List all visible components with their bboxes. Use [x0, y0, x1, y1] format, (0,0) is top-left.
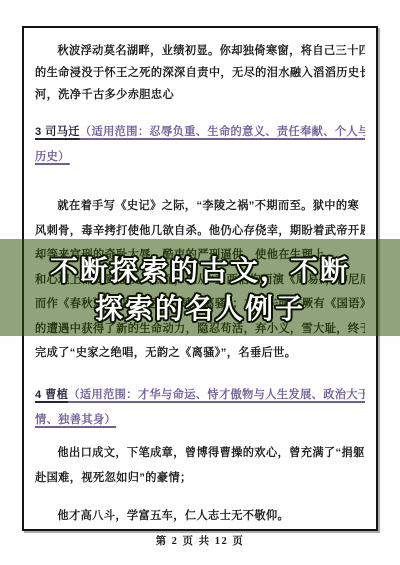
page-number-footer: 第 2 页 共 12 页	[0, 533, 400, 548]
watermark-overlay: 不断探索的古文，不断 探索的名人例子	[0, 239, 400, 336]
paragraph-quyuan: 秋波浮动莫名湖畔，业绩初显。你却独倚寒窗，将自己三十四岁 的生命浸没于怀王之死的…	[35, 40, 365, 106]
section-4-label: 4 曹植	[35, 389, 68, 401]
paragraph-cao-zhi-1: 他出口成文，下笔成章，曾博得曹操的欢心，曾充满了“捐躯 赴国难，视死忽如归”的豪…	[35, 441, 365, 491]
section-heading-sima-qian: 3 司马迁（适用范围：忍辱负重、生命的意义、责任奉献、个人与 历史）	[35, 120, 365, 170]
paragraph-cao-zhi-2: 他才高八斗，学富五车，仁人志士无不敬仰。	[35, 504, 365, 528]
overlay-title-line2: 探索的名人例子	[0, 290, 400, 328]
section-heading-cao-zhi: 4 曹植（适用范围：才华与命运、恃才傲物与人生发展、政治大于亲 情、独善其身）	[35, 383, 365, 433]
section-3-scope: （适用范围：忍辱负重、生命的意义、责任奉献、个人与 历史）	[35, 126, 365, 163]
overlay-title-line1: 不断探索的古文，不断	[0, 252, 400, 290]
section-4-scope: （适用范围：才华与命运、恃才傲物与人生发展、政治大于亲 情、独善其身）	[35, 389, 365, 426]
overlay-title: 不断探索的古文，不断 探索的名人例子	[0, 239, 400, 328]
section-3-label: 3 司马迁	[35, 126, 80, 138]
